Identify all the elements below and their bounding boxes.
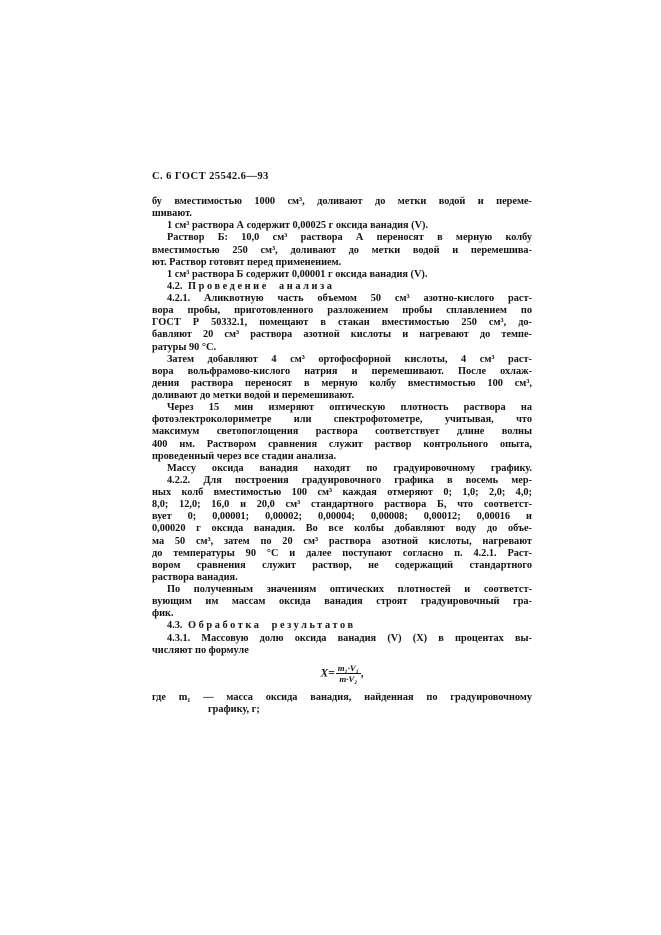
text-line: 1 см³ раствора Б содержит 0,00001 г окси… (152, 269, 532, 281)
text-line: бавляют 20 см³ раствора азотной кислоты … (152, 329, 532, 341)
text-line: 1 см³ раствора А содержит 0,00025 г окси… (152, 220, 532, 232)
text-line: шивают. (152, 208, 532, 220)
text-line: вором сравнения служит раствор, не содер… (152, 560, 532, 572)
document-page: С. 6 ГОСТ 25542.6—93 бу вместимостью 100… (0, 0, 661, 935)
heading-number: 4.3. (167, 620, 182, 631)
text-line: 8,0; 12,0; 16,0 и 20,0 см³ стандартного … (152, 499, 532, 511)
heading-title: Обработка результатов (188, 620, 356, 631)
text-line: Раствор Б: 10,0 см³ раствора А переносят… (152, 232, 532, 244)
text-line: ных колб вместимостью 100 см³ каждая отм… (152, 487, 532, 499)
text-line: вора вольфрамово-кислого натрия и переме… (152, 366, 532, 378)
text-line: вующим им массам оксида ванадия строят г… (152, 596, 532, 608)
text-line: вместимостью 250 см³, доливают до метки … (152, 245, 532, 257)
formula-comma: , (361, 668, 364, 679)
text-line: 4.2.1. Аликвотную часть объемом 50 см³ а… (152, 293, 532, 305)
page-content: С. 6 ГОСТ 25542.6—93 бу вместимостью 100… (152, 171, 532, 716)
text-line: ют. Раствор готовят перед применением. (152, 257, 532, 269)
section-heading: 4.3. Обработка результатов (152, 620, 532, 632)
page-header: С. 6 ГОСТ 25542.6—93 (152, 171, 532, 182)
text-line: 0,00020 г оксида ванадия. Во все колбы д… (152, 523, 532, 535)
text-line: 400 нм. Раствором сравнения служит раств… (152, 439, 532, 451)
text-line: раствора ванадия. (152, 572, 532, 584)
text-line: фик. (152, 608, 532, 620)
formula-fraction: m₁·V₁m·V₂ (336, 663, 361, 685)
heading-number: 4.2. (167, 281, 182, 292)
text-line: вора пробы, приготовленного разложением … (152, 305, 532, 317)
text-line: фотоэлектроколориметре или спектрофотоме… (152, 414, 532, 426)
section-heading: 4.2. Проведение анализа (152, 281, 532, 293)
text-line: бу вместимостью 1000 см³, доливают до ме… (152, 196, 532, 208)
text-line: где m₁ — масса оксида ванадия, найденная… (152, 692, 532, 704)
text-line: ма 50 см³, затем по 20 см³ раствора азот… (152, 536, 532, 548)
text-line: 4.3.1. Массовую долю оксида ванадия (V) … (152, 633, 532, 645)
text-line: Затем добавляют 4 см³ ортофосфорной кисл… (152, 354, 532, 366)
text-line: до температуры 90 °С и далее поступают с… (152, 548, 532, 560)
text-line: 4.2.2. Для построения градуировочного гр… (152, 475, 532, 487)
text-line: доливают до метки водой и перемешивают. (152, 390, 532, 402)
text-line: По полученным значениям оптических плотн… (152, 584, 532, 596)
text-line: ГОСТ Р 50332.1, помещают в стакан вмести… (152, 317, 532, 329)
formula: X=m₁·V₁m·V₂, (152, 663, 532, 689)
formula-equals: = (328, 667, 335, 679)
text-line: Через 15 мин измеряют оптическую плотнос… (152, 402, 532, 414)
formula-denominator: m·V₂ (336, 674, 361, 685)
text-line: числяют по формуле (152, 645, 532, 657)
text-line: максимум светопоглощения раствора соотве… (152, 426, 532, 438)
text-line: графику, г; (208, 704, 532, 716)
page-body: бу вместимостью 1000 см³, доливают до ме… (152, 196, 532, 716)
text-line: ратуры 90 °С. (152, 342, 532, 354)
text-line: проведенный через все стадии анализа. (152, 451, 532, 463)
text-line: вует 0; 0,00001; 0,00002; 0,00004; 0,000… (152, 511, 532, 523)
text-line: дения раствора переносят в мерную колбу … (152, 378, 532, 390)
text-line: Массу оксида ванадия находят по градуиро… (152, 463, 532, 475)
formula-numerator: m₁·V₁ (336, 663, 361, 675)
heading-title: Проведение анализа (188, 281, 335, 292)
